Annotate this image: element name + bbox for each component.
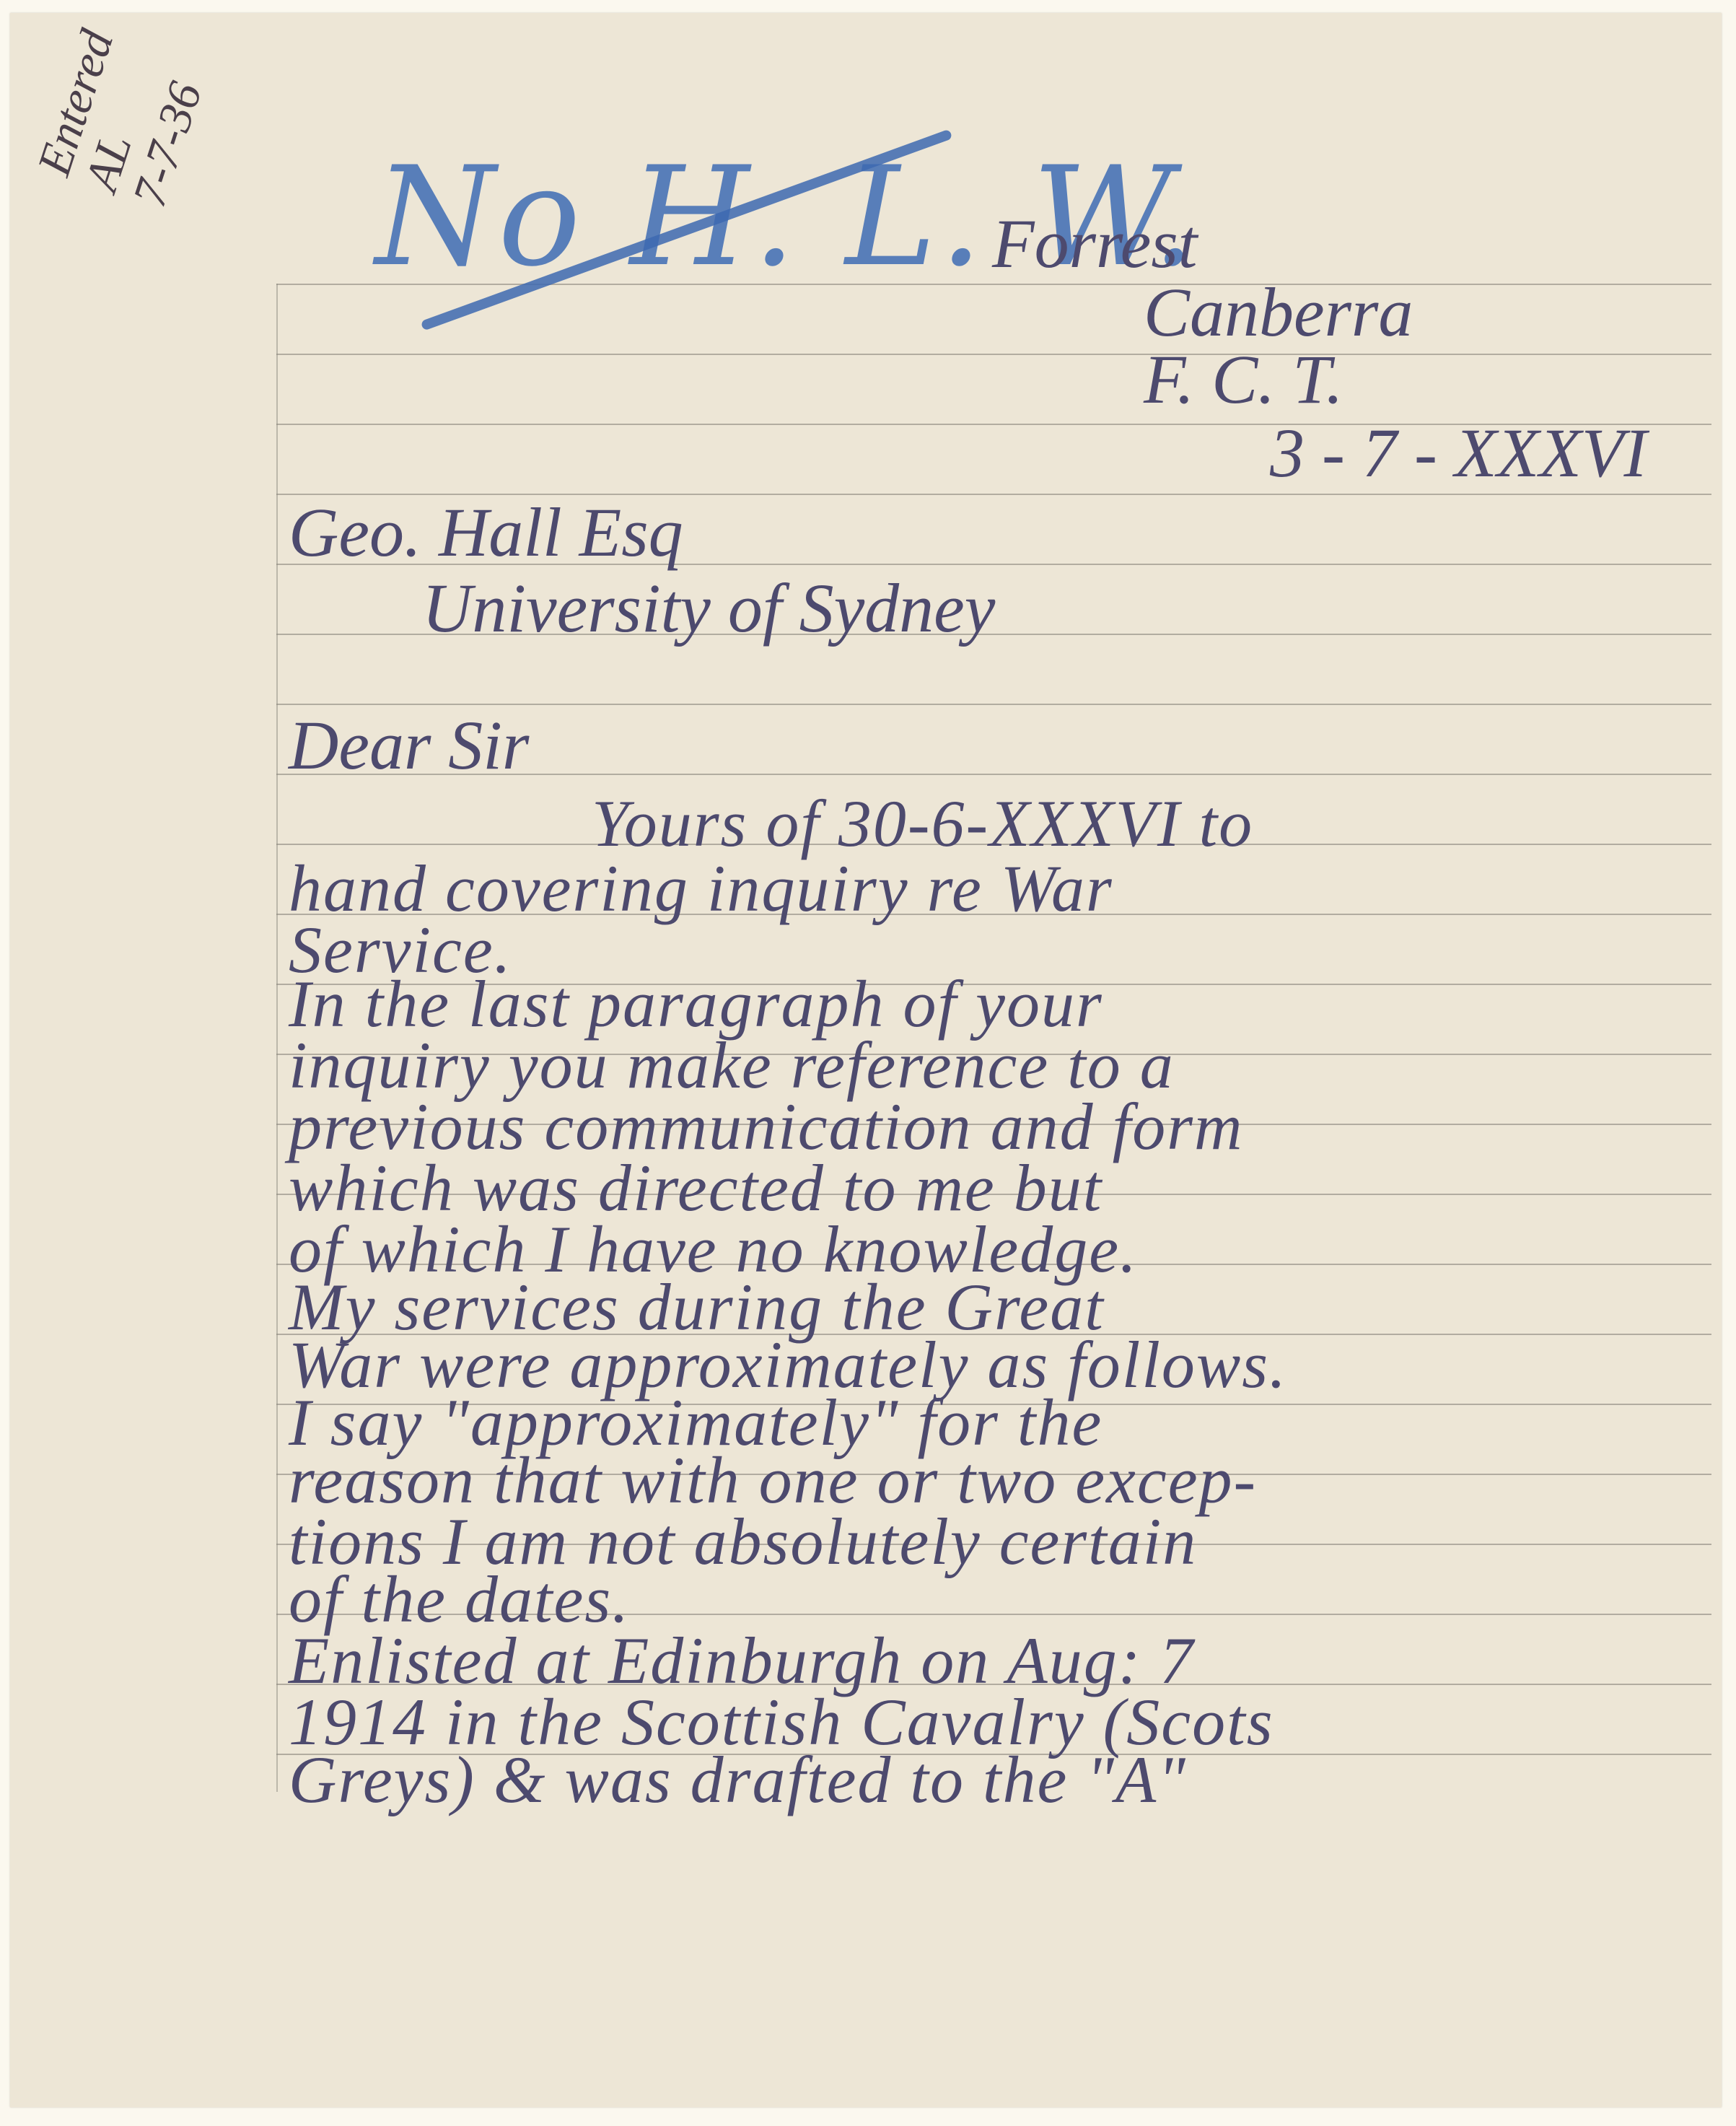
body-line: Enlisted at Edinburgh on Aug: 7 bbox=[289, 1627, 1194, 1694]
body-line: hand covering inquiry re War bbox=[289, 855, 1113, 922]
recipient-institution: University of Sydney bbox=[422, 574, 995, 643]
letter-date: 3 - 7 - XXXVI bbox=[1270, 419, 1647, 488]
salutation: Dear Sir bbox=[289, 711, 529, 780]
body-line: Yours of 30-6-XXXVI to bbox=[592, 790, 1253, 857]
body-line: Greys) & was drafted to the "A" bbox=[289, 1746, 1187, 1813]
margin-line bbox=[276, 284, 278, 1792]
address-territory: F. C. T. bbox=[1144, 345, 1343, 414]
body-line: previous communication and form bbox=[289, 1093, 1243, 1160]
scanned-letter-page: Entered AL 7-7-36 No H. L. W. Forrest Ca… bbox=[0, 0, 1736, 2126]
address-city: Canberra bbox=[1144, 278, 1413, 347]
address-street: Forrest bbox=[992, 209, 1197, 279]
recipient-name: Geo. Hall Esq bbox=[289, 498, 683, 567]
body-line: which was directed to me but bbox=[289, 1155, 1102, 1221]
body-line: of the dates. bbox=[289, 1566, 630, 1632]
body-line: In the last paragraph of your bbox=[289, 971, 1103, 1037]
body-line: inquiry you make reference to a bbox=[289, 1032, 1175, 1098]
body-line: reason that with one or two excep- bbox=[289, 1447, 1257, 1513]
